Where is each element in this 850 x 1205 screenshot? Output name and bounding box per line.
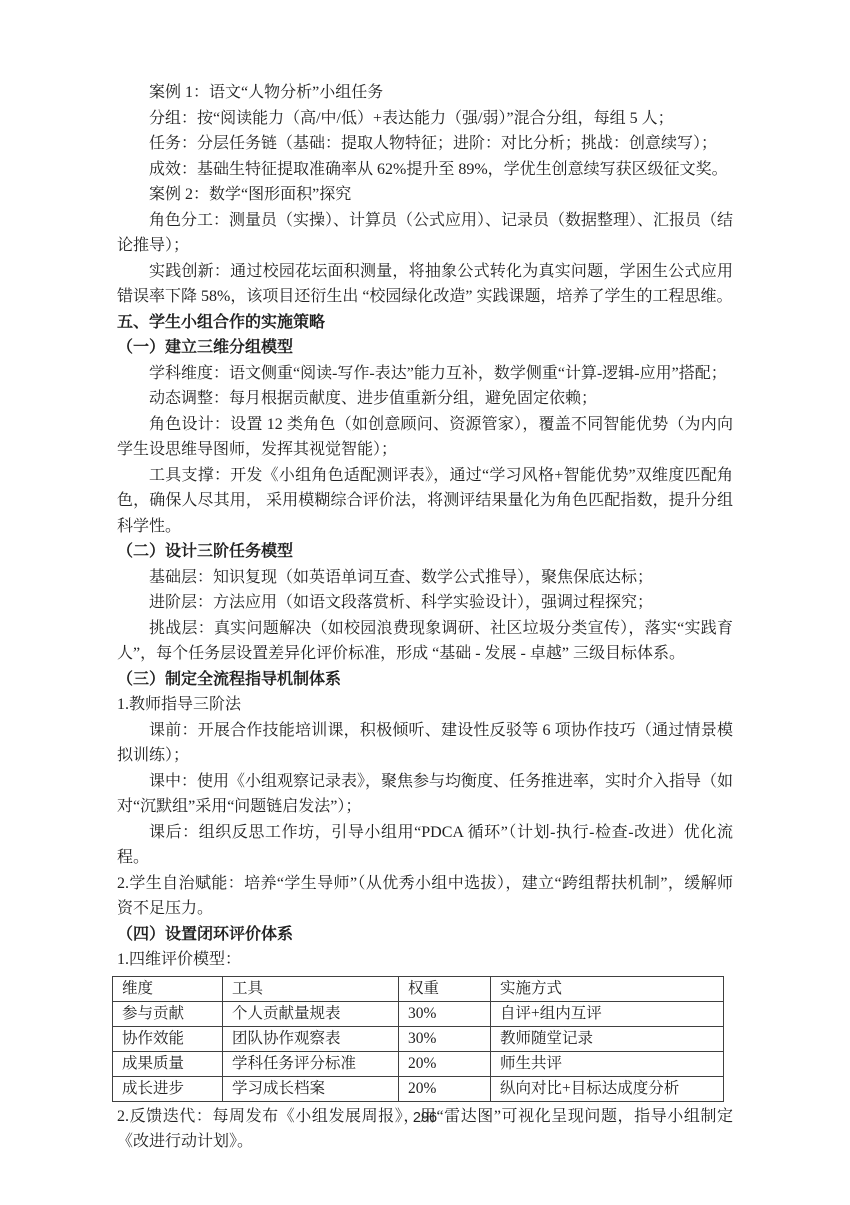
paragraph-case2-roles: 角色分工：测量员（实操）、计算员（公式应用）、记录员（数据整理）、汇报员（结论推… <box>117 208 733 259</box>
table-cell: 学习成长档案 <box>223 1076 399 1101</box>
paragraph-challenge-layer: 挑战层：真实问题解决（如校园浪费现象调研、社区垃圾分类宣传），落实“实践育人”，… <box>117 616 733 667</box>
table-cell: 教师随堂记录 <box>491 1026 724 1051</box>
paragraph-case1-results: 成效：基础生特征提取准确率从 62%提升至 89%，学优生创意续写获区级征文奖。 <box>117 157 733 183</box>
paragraph-advanced-layer: 进阶层：方法应用（如语文段落赏析、科学实验设计），强调过程探究； <box>117 590 733 616</box>
paragraph-teacher-method: 1.教师指导三阶法 <box>117 692 733 718</box>
paragraph-case2-innovation: 实践创新：通过校园花坛面积测量，将抽象公式转化为真实问题，学困生公式应用错误率下… <box>117 259 733 310</box>
paragraph-four-dim-model: 1.四维评价模型： <box>117 947 733 973</box>
paragraph-basic-layer: 基础层：知识复现（如英语单词互查、数学公式推导），聚焦保底达标； <box>117 565 733 591</box>
table-row: 参与贡献 个人贡献量规表 30% 自评+组内互评 <box>113 1001 724 1026</box>
paragraph-subject-dimension: 学科维度：语文侧重“阅读-写作-表达”能力互补，数学侧重“计算-逻辑-应用”搭配… <box>117 361 733 387</box>
table-cell: 个人贡献量规表 <box>223 1001 399 1026</box>
table-cell: 师生共评 <box>491 1051 724 1076</box>
heading-sub-3-guidance-system: （三）制定全流程指导机制体系 <box>117 667 733 693</box>
heading-sub-4-evaluation-system: （四）设置闭环评价体系 <box>117 922 733 948</box>
heading-sub-1-grouping-model: （一）建立三维分组模型 <box>117 335 733 361</box>
paragraph-before-class: 课前：开展合作技能培训课，积极倾听、建设性反驳等 6 项协作技巧（通过情景模拟训… <box>117 718 733 769</box>
table-cell: 成果质量 <box>113 1051 223 1076</box>
table-row: 协作效能 团队协作观察表 30% 教师随堂记录 <box>113 1026 724 1051</box>
paragraph-case2-title: 案例 2：数学“图形面积”探究 <box>117 182 733 208</box>
paragraph-tool-support: 工具支撑：开发《小组角色适配测评表》，通过“学习风格+智能优势”双维度匹配角色，… <box>117 463 733 540</box>
paragraph-case1-tasks: 任务：分层任务链（基础：提取人物特征；进阶：对比分析；挑战：创意续写）； <box>117 131 733 157</box>
table-cell: 30% <box>399 1001 491 1026</box>
paragraph-student-autonomy: 2.学生自治赋能：培养“学生导师”（从优秀小组中选拔），建立“跨组帮扶机制”，缓… <box>117 871 733 922</box>
paragraph-during-class: 课中：使用《小组观察记录表》，聚焦参与均衡度、任务推进率，实时介入指导（如对“沉… <box>117 769 733 820</box>
paragraph-case1-title: 案例 1：语文“人物分析”小组任务 <box>117 80 733 106</box>
table-cell: 协作效能 <box>113 1026 223 1051</box>
paragraph-role-design: 角色设计：设置 12 类角色（如创意顾问、资源管家），覆盖不同智能优势（为内向学… <box>117 412 733 463</box>
table-cell: 纵向对比+目标达成度分析 <box>491 1076 724 1101</box>
table-header-cell: 权重 <box>399 976 491 1001</box>
evaluation-model-table: 维度 工具 权重 实施方式 参与贡献 个人贡献量规表 30% 自评+组内互评 协… <box>112 976 724 1102</box>
paragraph-after-class: 课后：组织反思工作坊，引导小组用“PDCA 循环”（计划-执行-检查-改进）优化… <box>117 820 733 871</box>
table-header-cell: 工具 <box>223 976 399 1001</box>
heading-section-5: 五、学生小组合作的实施策略 <box>117 310 733 336</box>
table-cell: 学科任务评分标准 <box>223 1051 399 1076</box>
table-header-row: 维度 工具 权重 实施方式 <box>113 976 724 1001</box>
table-cell: 成长进步 <box>113 1076 223 1101</box>
table-header-cell: 维度 <box>113 976 223 1001</box>
table-cell: 团队协作观察表 <box>223 1026 399 1051</box>
table-cell: 自评+组内互评 <box>491 1001 724 1026</box>
paragraph-dynamic-adjust: 动态调整：每月根据贡献度、进步值重新分组，避免固定依赖； <box>117 386 733 412</box>
table-cell: 20% <box>399 1051 491 1076</box>
document-page: 案例 1：语文“人物分析”小组任务 分组：按“阅读能力（高/中/低）+表达能力（… <box>0 0 850 1205</box>
table-row: 成长进步 学习成长档案 20% 纵向对比+目标达成度分析 <box>113 1076 724 1101</box>
page-number: 296 <box>0 1110 850 1126</box>
table-row: 成果质量 学科任务评分标准 20% 师生共评 <box>113 1051 724 1076</box>
table-cell: 参与贡献 <box>113 1001 223 1026</box>
table-cell: 30% <box>399 1026 491 1051</box>
heading-sub-2-task-model: （二）设计三阶任务模型 <box>117 539 733 565</box>
document-body: 案例 1：语文“人物分析”小组任务 分组：按“阅读能力（高/中/低）+表达能力（… <box>117 80 733 1155</box>
paragraph-case1-grouping: 分组：按“阅读能力（高/中/低）+表达能力（强/弱）”混合分组，每组 5 人； <box>117 106 733 132</box>
table-cell: 20% <box>399 1076 491 1101</box>
table-header-cell: 实施方式 <box>491 976 724 1001</box>
